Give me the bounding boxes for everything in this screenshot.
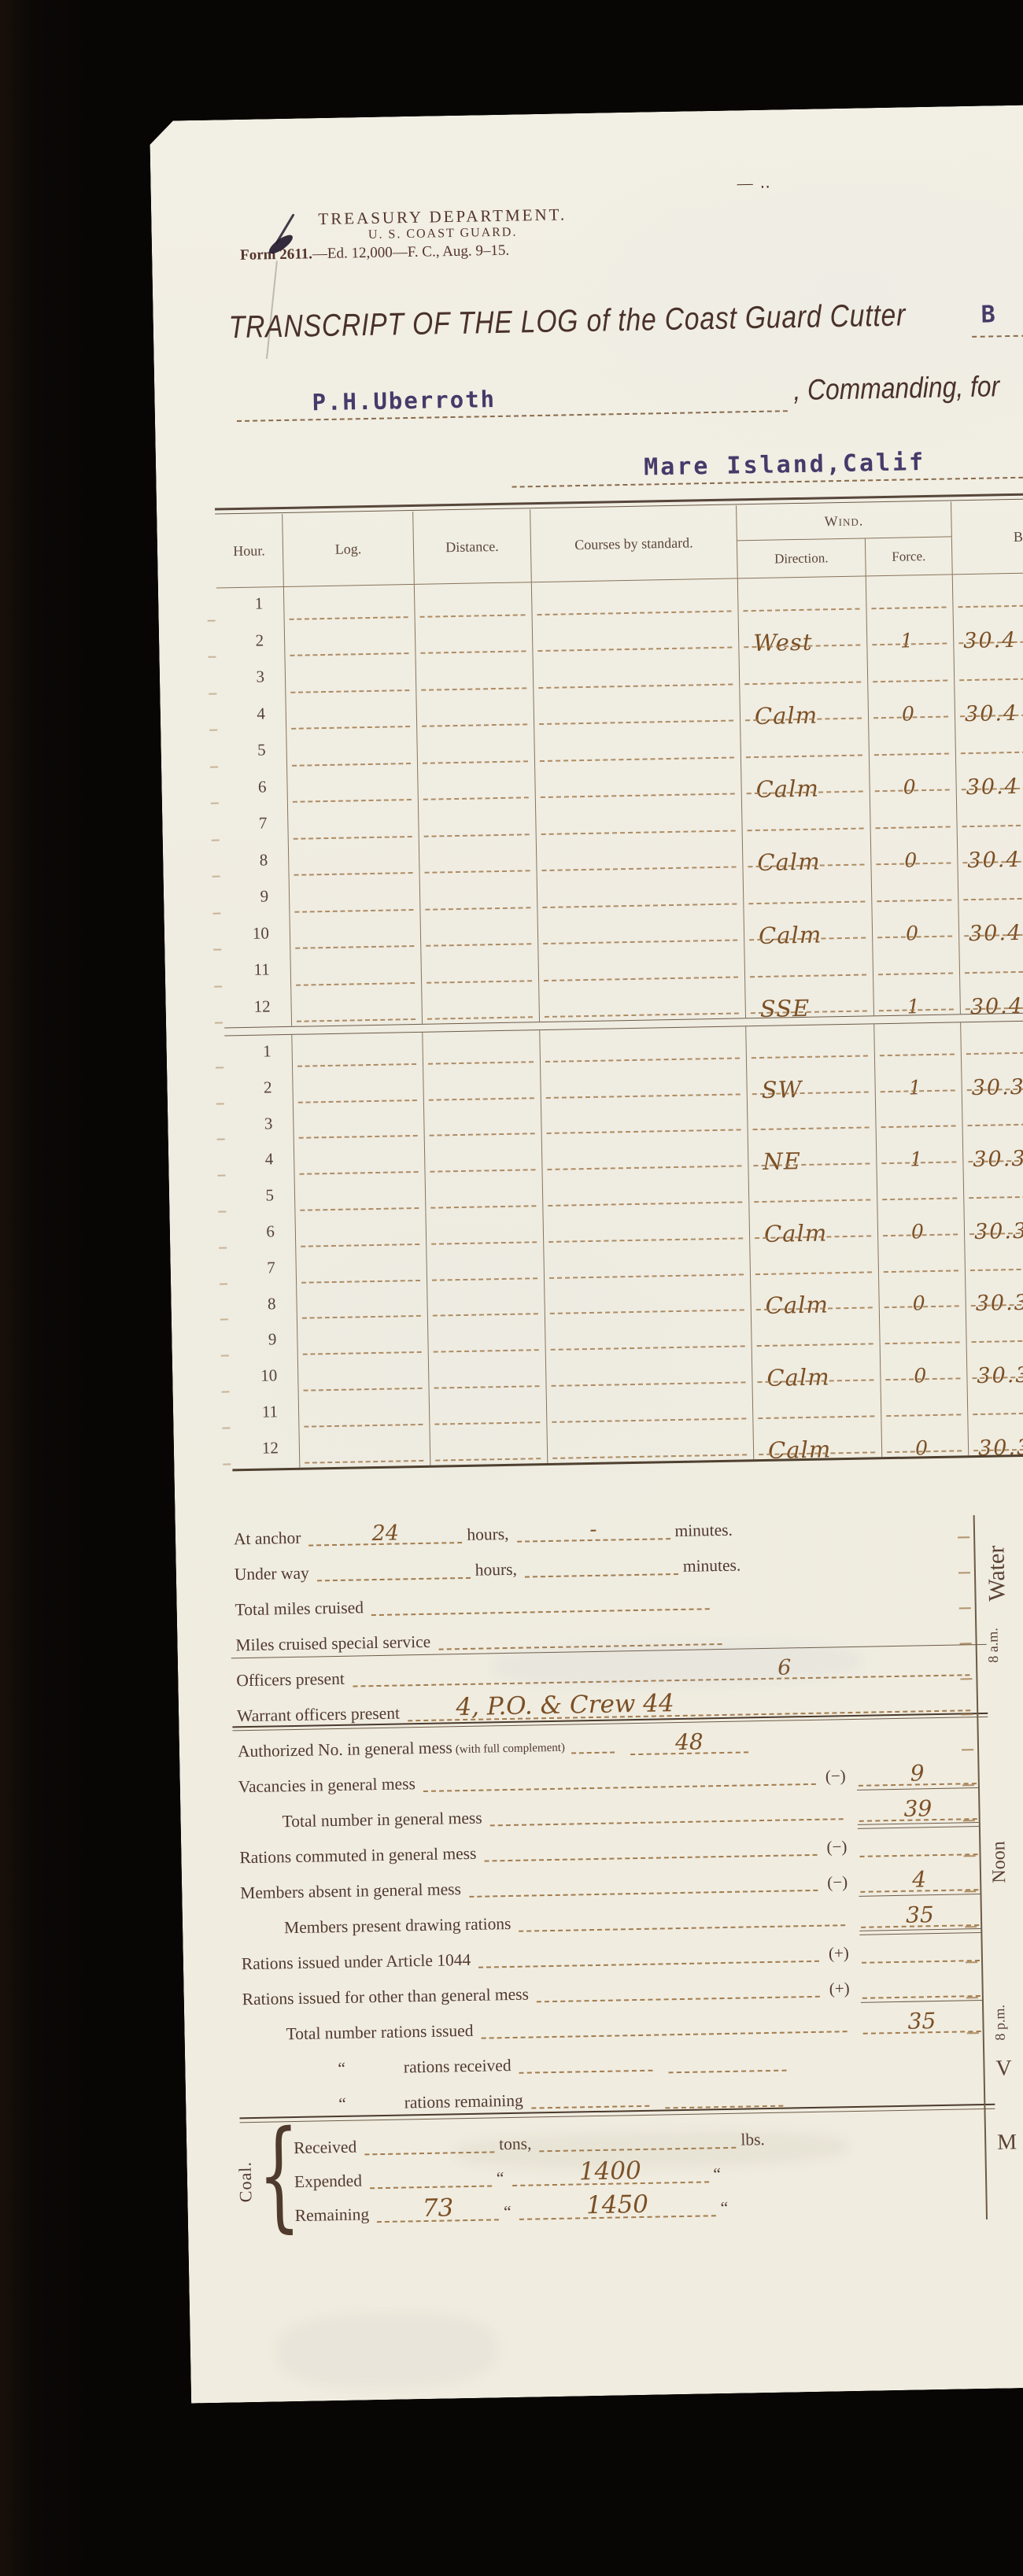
barometer-cell <box>961 1020 1023 1059</box>
direction-cell: Calm <box>741 759 870 798</box>
distance-cell <box>419 839 537 878</box>
log-cell <box>298 1357 430 1395</box>
dotted-leader: 73 <box>377 2198 499 2223</box>
form-label: rations received <box>404 2056 515 2079</box>
courses-cell <box>544 1243 751 1283</box>
distance-cell <box>417 729 535 767</box>
value-box <box>668 2049 786 2074</box>
log-table-body: 12West130.434Calm030.456Calm030.478Calm0… <box>216 572 1023 1471</box>
log-cell <box>299 1393 430 1432</box>
barometer-cell <box>957 792 1023 831</box>
value-box: 4 <box>860 1868 978 1893</box>
handwritten-value: 35 <box>907 2008 936 2035</box>
force-cell: 0 <box>872 904 959 943</box>
force-cell: 0 <box>871 831 958 870</box>
value-box: 9 <box>858 1762 976 1787</box>
force-cell <box>869 721 956 759</box>
sign-label: (+) <box>825 1979 851 2000</box>
direction-cell: West <box>739 613 868 652</box>
dotted-leader <box>530 2085 648 2109</box>
scanned-log-page: TREASURY DEPARTMENT. U. S. COAST GUARD. … <box>0 0 1023 2576</box>
log-cell <box>294 1104 425 1143</box>
log-cell <box>291 987 423 1026</box>
barometer-column-header: Barom <box>951 499 1023 574</box>
barometer-cell <box>965 1236 1023 1275</box>
leader-tick <box>964 1855 976 1857</box>
distance-cell <box>415 619 534 658</box>
distance-cell <box>421 912 539 951</box>
page-title: TRANSCRIPT OF THE LOG of the Coast Guard… <box>228 294 1023 346</box>
hour-cell: 9 <box>230 1323 298 1360</box>
courses-cell <box>541 1099 748 1139</box>
distance-cell <box>419 802 537 841</box>
courses-cell <box>543 1170 750 1210</box>
barometer-cell: 30.3 <box>964 1200 1023 1239</box>
commanding-label: , Commanding, for <box>793 369 1023 407</box>
courses-cell <box>542 1135 749 1175</box>
direction-cell <box>742 796 871 834</box>
log-cell <box>290 878 421 917</box>
side-label-noon: Noon <box>988 1841 1010 1883</box>
hour-cell: 6 <box>220 770 288 808</box>
leader-tick <box>966 1997 978 1998</box>
courses-cell <box>534 689 740 729</box>
barometer-cell <box>962 1092 1023 1130</box>
log-cell <box>297 1284 428 1323</box>
form-label: “ <box>338 2059 349 2079</box>
log-cell <box>286 731 418 771</box>
force-cell: 0 <box>870 758 957 796</box>
force-cell: 0 <box>877 1203 965 1240</box>
force-cell: 0 <box>881 1347 968 1384</box>
courses-cell <box>540 1026 747 1066</box>
log-cell <box>293 1069 424 1107</box>
barometer-cell <box>966 1308 1023 1347</box>
force-cell <box>874 1022 962 1060</box>
dotted-leader <box>525 1553 678 1578</box>
barometer-cell: 30.3 <box>966 1272 1023 1310</box>
value-box: 48 <box>630 1731 748 1755</box>
log-cell <box>284 585 415 624</box>
log-cell <box>286 694 417 734</box>
force-cell <box>876 1095 963 1133</box>
courses-cell <box>536 798 743 838</box>
title-main: TRANSCRIPT OF THE LOG <box>228 304 578 345</box>
value-box <box>862 1939 980 1964</box>
leader-tick <box>958 1536 969 1538</box>
leader-tick <box>964 1890 976 1892</box>
form-label: “ <box>720 2198 731 2219</box>
dotted-leader: 1450 <box>519 2194 715 2220</box>
side-label-8pm: 8 p.m. <box>992 2005 1009 2041</box>
hour-cell: 7 <box>220 807 289 844</box>
courses-cell <box>537 871 744 911</box>
courses-cell <box>537 908 744 948</box>
barometer-cell <box>968 1380 1023 1419</box>
log-cell <box>287 767 419 807</box>
distance-cell <box>416 693 534 731</box>
hour-cell: 11 <box>223 953 291 991</box>
hour-cell: 5 <box>227 1179 296 1216</box>
form-label: At anchor <box>234 1528 305 1550</box>
direction-cell: Calm <box>749 1204 878 1243</box>
force-cell: 0 <box>868 685 955 723</box>
direction-column-header: Direction. <box>737 538 866 578</box>
force-cell: 0 <box>879 1275 966 1313</box>
vessel-name-leader <box>972 334 1023 338</box>
hour-cell: 8 <box>229 1287 297 1324</box>
value-box <box>664 2085 782 2109</box>
form-edition: —Ed. 12,000—F. C., Aug. 9–15. <box>312 242 510 263</box>
commanding-officer-name: P.H.Uberroth <box>312 386 496 416</box>
dotted-leader <box>481 2010 847 2039</box>
barometer-cell: 30.3 <box>963 1128 1023 1166</box>
direction-cell <box>738 576 867 615</box>
wind-group-header: Wind. <box>737 501 951 541</box>
barometer-cell: 30.4 <box>956 755 1023 794</box>
direction-cell <box>744 869 873 907</box>
direction-cell: SW <box>747 1060 876 1099</box>
distance-cell <box>418 766 536 804</box>
form-note: (with full complement) <box>456 1742 567 1759</box>
handwritten-entry: 1450 <box>586 2190 649 2219</box>
leader-tick <box>958 1572 970 1573</box>
courses-column-header: Courses by standard. <box>530 505 738 582</box>
dotted-leader <box>519 1904 845 1932</box>
value-box: 39 <box>859 1798 977 1822</box>
courses-cell <box>547 1423 754 1463</box>
leader-tick <box>963 1820 975 1821</box>
barometer-cell: 30.4 <box>954 608 1023 648</box>
log-cell <box>294 1140 426 1179</box>
leader-tick <box>959 1607 971 1609</box>
handwritten-entry: 73 <box>422 2193 453 2223</box>
side-label-v: V <box>995 2056 1012 2081</box>
distance-column-header: Distance. <box>413 509 532 584</box>
hour-cell: 3 <box>218 660 286 698</box>
hour-cell: 10 <box>231 1359 299 1396</box>
courses-cell <box>545 1279 752 1319</box>
hour-cell: 4 <box>227 1143 295 1180</box>
force-cell <box>872 867 959 906</box>
distance-cell <box>422 985 540 1024</box>
handwritten-value: 4 <box>912 1866 926 1892</box>
form-label: hours, <box>475 1560 521 1581</box>
coal-label: Coal. <box>235 2161 257 2203</box>
distance-cell <box>416 656 534 694</box>
distance-cell <box>425 1138 543 1177</box>
direction-cell <box>748 1096 877 1135</box>
barometer-cell: 30.3 <box>967 1344 1023 1383</box>
force-cell <box>873 941 960 979</box>
courses-cell <box>539 981 746 1022</box>
force-cell <box>867 648 955 686</box>
handwritten-value: 48 <box>675 1728 704 1755</box>
dotted-leader <box>478 1940 819 1968</box>
leader-tick <box>966 1961 977 1963</box>
force-cell <box>877 1166 965 1204</box>
hour-cell: 10 <box>223 916 291 954</box>
form-label: “ <box>497 2168 508 2189</box>
barometer-cell: 30.4 <box>958 828 1023 867</box>
barometer-cell <box>959 938 1023 978</box>
barometer-cell: 30.4 <box>960 974 1023 1014</box>
dotted-leader <box>469 1869 818 1898</box>
dotted-leader <box>571 1732 615 1754</box>
dotted-leader <box>370 2164 492 2189</box>
hour-cell: 4 <box>218 697 286 734</box>
distance-cell <box>423 1030 541 1069</box>
form-label: Officers present <box>236 1669 348 1692</box>
hour-cell: 11 <box>231 1395 300 1432</box>
force-cell <box>880 1311 967 1349</box>
hour-cell: 12 <box>223 989 292 1027</box>
form-label: minutes. <box>683 1555 744 1576</box>
value-box <box>862 1975 980 1999</box>
distance-cell <box>430 1391 548 1429</box>
distance-cell <box>424 1103 542 1141</box>
direction-cell: Calm <box>744 906 873 944</box>
hour-cell: 12 <box>232 1432 301 1469</box>
value-box <box>859 1833 977 1857</box>
hour-cell: 8 <box>221 843 290 881</box>
force-cell <box>878 1239 966 1277</box>
handwritten-force-entry: 1 <box>907 995 920 1018</box>
hour-cell: 2 <box>217 623 286 661</box>
force-cell <box>881 1383 969 1421</box>
log-cell <box>288 804 419 844</box>
side-label-water: Water <box>983 1545 1010 1601</box>
vessel-name-typed: B <box>981 301 995 328</box>
form-label: Under way <box>235 1564 312 1586</box>
direction-cell <box>750 1240 879 1279</box>
form-label: rations remaining <box>404 2091 527 2114</box>
courses-cell <box>547 1387 754 1427</box>
form-label: minutes. <box>674 1521 736 1542</box>
leader-tick <box>960 1643 972 1644</box>
handwritten-direction-entry: SSE <box>759 995 810 1022</box>
force-cell: 1 <box>875 1059 962 1096</box>
distance-cell <box>427 1247 545 1285</box>
barometer-cell <box>958 865 1023 904</box>
hour-cell: 1 <box>224 1035 293 1072</box>
force-cell <box>866 575 954 613</box>
form-label: Remaining <box>295 2205 373 2227</box>
handwritten-value: 39 <box>903 1795 932 1822</box>
hour-cell: 1 <box>216 587 285 625</box>
log-cell <box>300 1429 431 1468</box>
value-box: 35 <box>861 1904 979 1928</box>
dotted-leader <box>484 1834 818 1862</box>
force-cell: 0 <box>881 1419 969 1457</box>
barometer-cell: 30.4 <box>958 901 1023 941</box>
handwritten-value: 35 <box>906 1902 934 1928</box>
side-label-8am: 8 a.m. <box>984 1628 1002 1663</box>
distance-cell <box>426 1210 544 1249</box>
distance-cell <box>430 1427 548 1465</box>
force-cell: 1 <box>867 612 955 650</box>
leader-tick <box>962 1784 974 1786</box>
direction-cell <box>744 942 873 981</box>
courses-cell <box>534 725 741 765</box>
paper-sheet: TREASURY DEPARTMENT. U. S. COAST GUARD. … <box>150 103 1023 2404</box>
form-label: hours, <box>467 1525 512 1546</box>
courses-cell <box>546 1351 753 1391</box>
barometer-cell: 30.3 <box>962 1056 1023 1095</box>
distance-cell <box>420 875 538 914</box>
direction-cell: Calm <box>751 1277 880 1315</box>
barometer-cell: 30.4 <box>955 682 1023 721</box>
form-label: “ <box>504 2202 515 2223</box>
dotted-leader <box>519 2049 652 2074</box>
form-label: “ <box>338 2094 349 2115</box>
direction-cell <box>752 1313 881 1351</box>
form-label: Expended <box>294 2171 365 2193</box>
courses-cell <box>533 615 740 656</box>
direction-cell: Calm <box>740 686 869 725</box>
dotted-leader: - <box>516 1517 670 1543</box>
log-cell <box>295 1177 427 1215</box>
log-cell <box>290 951 422 990</box>
direction-cell: NE <box>748 1133 877 1171</box>
direction-cell: Calm <box>743 833 872 871</box>
log-cell <box>285 621 416 660</box>
sign-label: (−) <box>822 1837 848 1858</box>
direction-cell <box>739 649 868 688</box>
form-label: Total miles cruised <box>235 1598 367 1621</box>
distance-cell <box>427 1283 545 1321</box>
dotted-leader <box>489 1798 843 1826</box>
distance-cell <box>428 1318 546 1357</box>
statistics-section: At anchor24hours,-minutes.Under wayhours… <box>233 1501 984 2227</box>
handwritten-barometer-entry: 30.4 <box>970 994 1023 1019</box>
force-cell: 1 <box>877 1131 964 1169</box>
direction-cell <box>746 1024 875 1063</box>
hour-column-header: Hour. <box>215 514 284 588</box>
log-cell <box>290 914 422 953</box>
barometer-cell <box>964 1164 1023 1203</box>
handwritten-entry: - <box>589 1517 597 1542</box>
courses-cell <box>541 1063 748 1103</box>
sign-label: (+) <box>824 1943 851 1964</box>
handwritten-direction-entry: Calm <box>768 1436 832 1463</box>
title-sub: of the Coast Guard Cutter <box>578 298 907 338</box>
barometer-cell <box>954 645 1023 685</box>
leader-tick <box>960 1678 972 1680</box>
courses-cell <box>538 944 745 985</box>
direction-cell <box>749 1168 878 1207</box>
station-name-typed: Mare Island,Calif <box>644 449 926 482</box>
stray-pen-mark: — ‥ <box>737 173 772 194</box>
leader-tick <box>965 1926 977 1927</box>
dotted-leader <box>537 1975 820 2003</box>
log-cell <box>296 1249 427 1288</box>
direction-cell: SSE <box>745 979 874 1018</box>
handwritten-force-entry: 0 <box>915 1436 928 1459</box>
hour-cell: 3 <box>226 1107 294 1144</box>
hour-cell: 5 <box>219 734 287 771</box>
bleed-through-smudge <box>276 2311 498 2389</box>
hour-cell: 7 <box>228 1251 297 1288</box>
dotted-leader <box>371 1587 710 1616</box>
force-cell: 1 <box>873 978 961 1016</box>
sign-label: (−) <box>821 1766 848 1787</box>
handwritten-entry: 24 <box>371 1521 399 1546</box>
leader-tick <box>967 2032 979 2034</box>
force-column-header: Force. <box>866 537 952 575</box>
courses-cell <box>534 652 740 692</box>
distance-cell <box>426 1174 544 1213</box>
handwritten-barometer-entry: 30.3 <box>978 1435 1023 1460</box>
hour-cell: 9 <box>222 880 290 918</box>
dotted-leader <box>316 1557 470 1582</box>
dotted-leader: 24 <box>308 1521 462 1547</box>
log-table: Hour. Log. Distance. Courses by standard… <box>215 499 1023 1471</box>
log-cell <box>289 841 420 880</box>
direction-cell: Calm <box>753 1421 882 1459</box>
courses-cell <box>537 835 744 875</box>
value-box: 35 <box>862 2010 981 2035</box>
leader-tick <box>962 1749 973 1750</box>
handwritten-value: 9 <box>910 1760 924 1786</box>
direction-cell <box>753 1384 882 1423</box>
courses-cell <box>543 1207 750 1247</box>
log-column-header: Log. <box>283 512 415 586</box>
sign-label: (−) <box>822 1872 849 1894</box>
form-label: Received <box>294 2138 360 2160</box>
distance-cell <box>415 582 533 621</box>
hour-cell: 6 <box>228 1215 297 1252</box>
barometer-cell <box>953 572 1023 612</box>
log-cell <box>297 1321 429 1359</box>
courses-cell <box>545 1315 752 1355</box>
wind-column-group: Wind. Direction. Force. <box>737 501 953 578</box>
barometer-cell <box>955 719 1023 758</box>
hour-cell: 2 <box>225 1071 294 1108</box>
direction-cell <box>740 723 870 761</box>
distance-cell <box>423 1066 541 1105</box>
direction-cell: Calm <box>752 1348 881 1387</box>
handwritten-entry: 4, P.O. & Crew 44 <box>456 1689 674 1721</box>
log-table-header: Hour. Log. Distance. Courses by standard… <box>215 499 1023 589</box>
distance-cell <box>421 948 539 987</box>
log-cell <box>292 1033 423 1071</box>
log-cell <box>286 658 417 697</box>
leader-tick <box>961 1713 973 1715</box>
side-label-m: M <box>997 2130 1017 2155</box>
barometer-cell: 30.3 <box>968 1417 1023 1455</box>
courses-cell <box>532 578 739 619</box>
log-cell <box>295 1213 427 1251</box>
distance-cell <box>429 1355 547 1393</box>
force-cell <box>870 794 958 833</box>
courses-cell <box>535 762 742 802</box>
